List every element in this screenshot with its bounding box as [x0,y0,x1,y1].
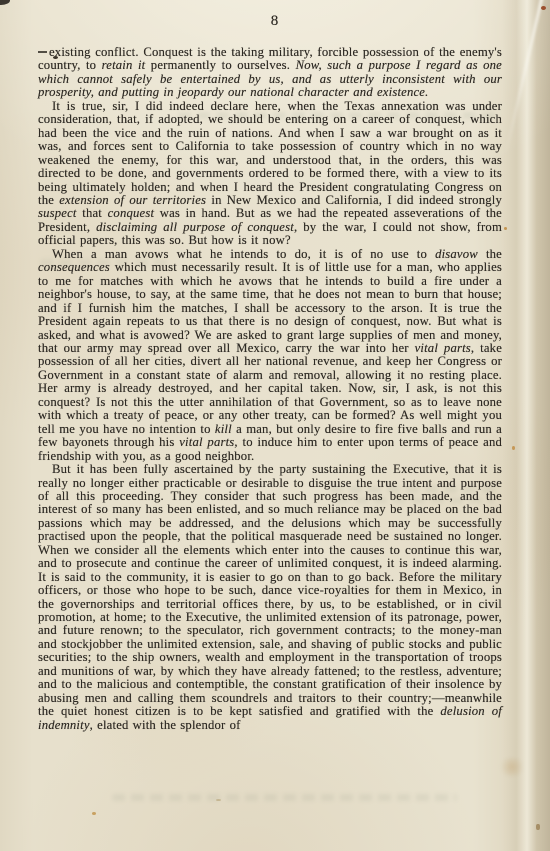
foxing-spot [512,446,515,450]
page-number: 8 [0,13,550,30]
foxing-spot [536,824,540,830]
foxing-spot [216,799,221,801]
foxing-spot [504,227,507,230]
paragraph: existing conflict. Conquest is the takin… [38,46,502,100]
showthrough-ghost [112,794,457,801]
paragraph: It is true, sir, I did indeed declare he… [38,100,502,248]
corner-mark [0,0,10,5]
foxing-spot [541,6,546,10]
text-block: existing conflict. Conquest is the takin… [38,46,502,732]
foxing-spot [92,812,96,815]
paragraph: When a man avows what he intends to do, … [38,248,502,463]
foxing-spot [498,758,526,776]
paragraph: But it has been fully ascertained by the… [38,463,502,732]
scanned-document-page: 8 existing conflict. Conquest is the tak… [0,0,550,851]
